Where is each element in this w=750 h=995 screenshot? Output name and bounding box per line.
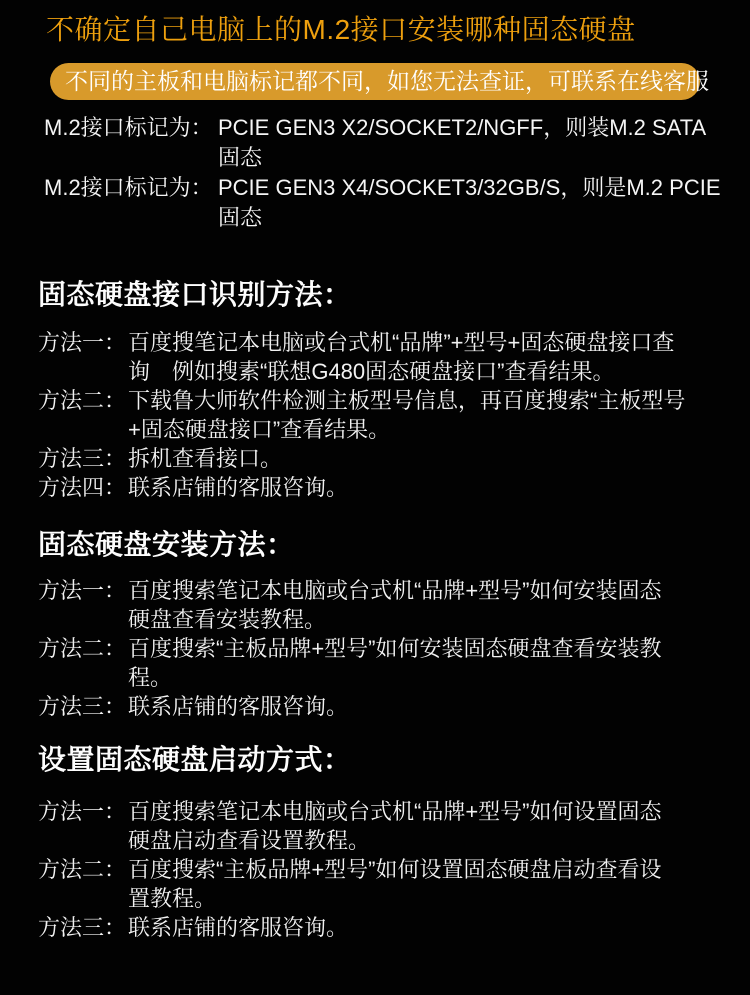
method-label: 方法四： — [38, 473, 128, 502]
method-label: 方法二： — [38, 855, 128, 913]
section-heading: 固态硬盘接口识别方法： — [38, 278, 750, 312]
m2-spec-text: 固态 — [218, 143, 750, 173]
page-title: 不确定自己电脑上的M.2接口安装哪种固态硬盘 — [46, 12, 750, 48]
method-label: 方法三： — [38, 913, 128, 942]
method-content: 百度搜索“主板品牌+型号”如何安装固态硬盘查看安装教程。 — [128, 634, 750, 692]
method-content: 百度搜索笔记本电脑或台式机“品牌+型号”如何安装固态硬盘查看安装教程。 — [128, 576, 750, 634]
section: 固态硬盘接口识别方法：方法一：百度搜笔记本电脑或台式机“品牌”+型号+固态硬盘接… — [38, 278, 750, 502]
method-content: 百度搜索“主板品牌+型号”如何设置固态硬盘启动查看设置教程。 — [128, 855, 750, 913]
m2-spec-list: M.2接口标记为：PCIE GEN3 X2/SOCKET2/NGFF，则装M.2… — [44, 113, 750, 233]
method-text: 百度搜索笔记本电脑或台式机“品牌+型号”如何安装固态 — [128, 576, 750, 605]
method-label: 方法三： — [38, 692, 128, 721]
method-row: 方法三：联系店铺的客服咨询。 — [38, 692, 750, 721]
method-label: 方法三： — [38, 444, 128, 473]
method-content: 百度搜笔记本电脑或台式机“品牌”+型号+固态硬盘接口查询 例如搜素“联想G480… — [128, 328, 750, 386]
m2-spec-row: M.2接口标记为：PCIE GEN3 X2/SOCKET2/NGFF，则装M.2… — [44, 113, 750, 173]
m2-spec-text: PCIE GEN3 X4/SOCKET3/32GB/S，则是M.2 PCIE — [218, 173, 750, 203]
method-text: 硬盘查看安装教程。 — [128, 605, 750, 634]
m2-spec-content: PCIE GEN3 X2/SOCKET2/NGFF，则装M.2 SATA固态 — [218, 113, 750, 173]
method-list: 方法一：百度搜索笔记本电脑或台式机“品牌+型号”如何设置固态硬盘启动查看设置教程… — [38, 797, 750, 942]
method-text: 联系店铺的客服咨询。 — [128, 692, 750, 721]
method-row: 方法二：百度搜索“主板品牌+型号”如何设置固态硬盘启动查看设置教程。 — [38, 855, 750, 913]
method-row: 方法一：百度搜索笔记本电脑或台式机“品牌+型号”如何设置固态硬盘启动查看设置教程… — [38, 797, 750, 855]
method-text: 程。 — [128, 663, 750, 692]
method-text: 硬盘启动查看设置教程。 — [128, 826, 750, 855]
m2-spec-row: M.2接口标记为：PCIE GEN3 X4/SOCKET3/32GB/S，则是M… — [44, 173, 750, 233]
m2-spec-text: PCIE GEN3 X2/SOCKET2/NGFF，则装M.2 SATA — [218, 113, 750, 143]
method-text: 下载鲁大师软件检测主板型号信息，再百度搜索“主板型号 — [128, 386, 750, 415]
method-text: 询 例如搜素“联想G480固态硬盘接口”查看结果。 — [128, 357, 750, 386]
m2-spec-content: PCIE GEN3 X4/SOCKET3/32GB/S，则是M.2 PCIE固态 — [218, 173, 750, 233]
method-content: 下载鲁大师软件检测主板型号信息，再百度搜索“主板型号+固态硬盘接口”查看结果。 — [128, 386, 750, 444]
method-text: +固态硬盘接口”查看结果。 — [128, 415, 750, 444]
method-content: 百度搜索笔记本电脑或台式机“品牌+型号”如何设置固态硬盘启动查看设置教程。 — [128, 797, 750, 855]
method-row: 方法一：百度搜笔记本电脑或台式机“品牌”+型号+固态硬盘接口查询 例如搜素“联想… — [38, 328, 750, 386]
method-row: 方法四：联系店铺的客服咨询。 — [38, 473, 750, 502]
method-text: 联系店铺的客服咨询。 — [128, 913, 750, 942]
section-heading: 固态硬盘安装方法： — [38, 528, 750, 562]
method-label: 方法一： — [38, 576, 128, 634]
method-text: 置教程。 — [128, 884, 750, 913]
method-list: 方法一：百度搜笔记本电脑或台式机“品牌”+型号+固态硬盘接口查询 例如搜素“联想… — [38, 328, 750, 502]
method-content: 联系店铺的客服咨询。 — [128, 473, 750, 502]
method-row: 方法二：下载鲁大师软件检测主板型号信息，再百度搜索“主板型号+固态硬盘接口”查看… — [38, 386, 750, 444]
product-detail-panel: 不确定自己电脑上的M.2接口安装哪种固态硬盘 不同的主板和电脑标记都不同，如您无… — [0, 0, 750, 995]
method-label: 方法二： — [38, 634, 128, 692]
method-row: 方法一：百度搜索笔记本电脑或台式机“品牌+型号”如何安装固态硬盘查看安装教程。 — [38, 576, 750, 634]
method-label: 方法一： — [38, 797, 128, 855]
method-text: 百度搜笔记本电脑或台式机“品牌”+型号+固态硬盘接口查 — [128, 328, 750, 357]
method-label: 方法一： — [38, 328, 128, 386]
method-row: 方法三：拆机查看接口。 — [38, 444, 750, 473]
sections-container: 固态硬盘接口识别方法：方法一：百度搜笔记本电脑或台式机“品牌”+型号+固态硬盘接… — [38, 278, 750, 942]
method-text: 百度搜索笔记本电脑或台式机“品牌+型号”如何设置固态 — [128, 797, 750, 826]
section: 设置固态硬盘启动方式：方法一：百度搜索笔记本电脑或台式机“品牌+型号”如何设置固… — [38, 743, 750, 942]
method-label: 方法二： — [38, 386, 128, 444]
method-text: 百度搜索“主板品牌+型号”如何安装固态硬盘查看安装教 — [128, 634, 750, 663]
m2-spec-label: M.2接口标记为： — [44, 113, 218, 173]
section-heading: 设置固态硬盘启动方式： — [38, 743, 750, 777]
method-text: 百度搜索“主板品牌+型号”如何设置固态硬盘启动查看设 — [128, 855, 750, 884]
method-row: 方法二：百度搜索“主板品牌+型号”如何安装固态硬盘查看安装教程。 — [38, 634, 750, 692]
method-text: 联系店铺的客服咨询。 — [128, 473, 750, 502]
method-content: 联系店铺的客服咨询。 — [128, 692, 750, 721]
method-content: 联系店铺的客服咨询。 — [128, 913, 750, 942]
method-list: 方法一：百度搜索笔记本电脑或台式机“品牌+型号”如何安装固态硬盘查看安装教程。方… — [38, 576, 750, 721]
method-content: 拆机查看接口。 — [128, 444, 750, 473]
m2-spec-label: M.2接口标记为： — [44, 173, 218, 233]
method-text: 拆机查看接口。 — [128, 444, 750, 473]
m2-spec-text: 固态 — [218, 203, 750, 233]
method-row: 方法三：联系店铺的客服咨询。 — [38, 913, 750, 942]
notice-banner: 不同的主板和电脑标记都不同，如您无法查证，可联系在线客服 — [50, 63, 700, 100]
section: 固态硬盘安装方法：方法一：百度搜索笔记本电脑或台式机“品牌+型号”如何安装固态硬… — [38, 528, 750, 721]
